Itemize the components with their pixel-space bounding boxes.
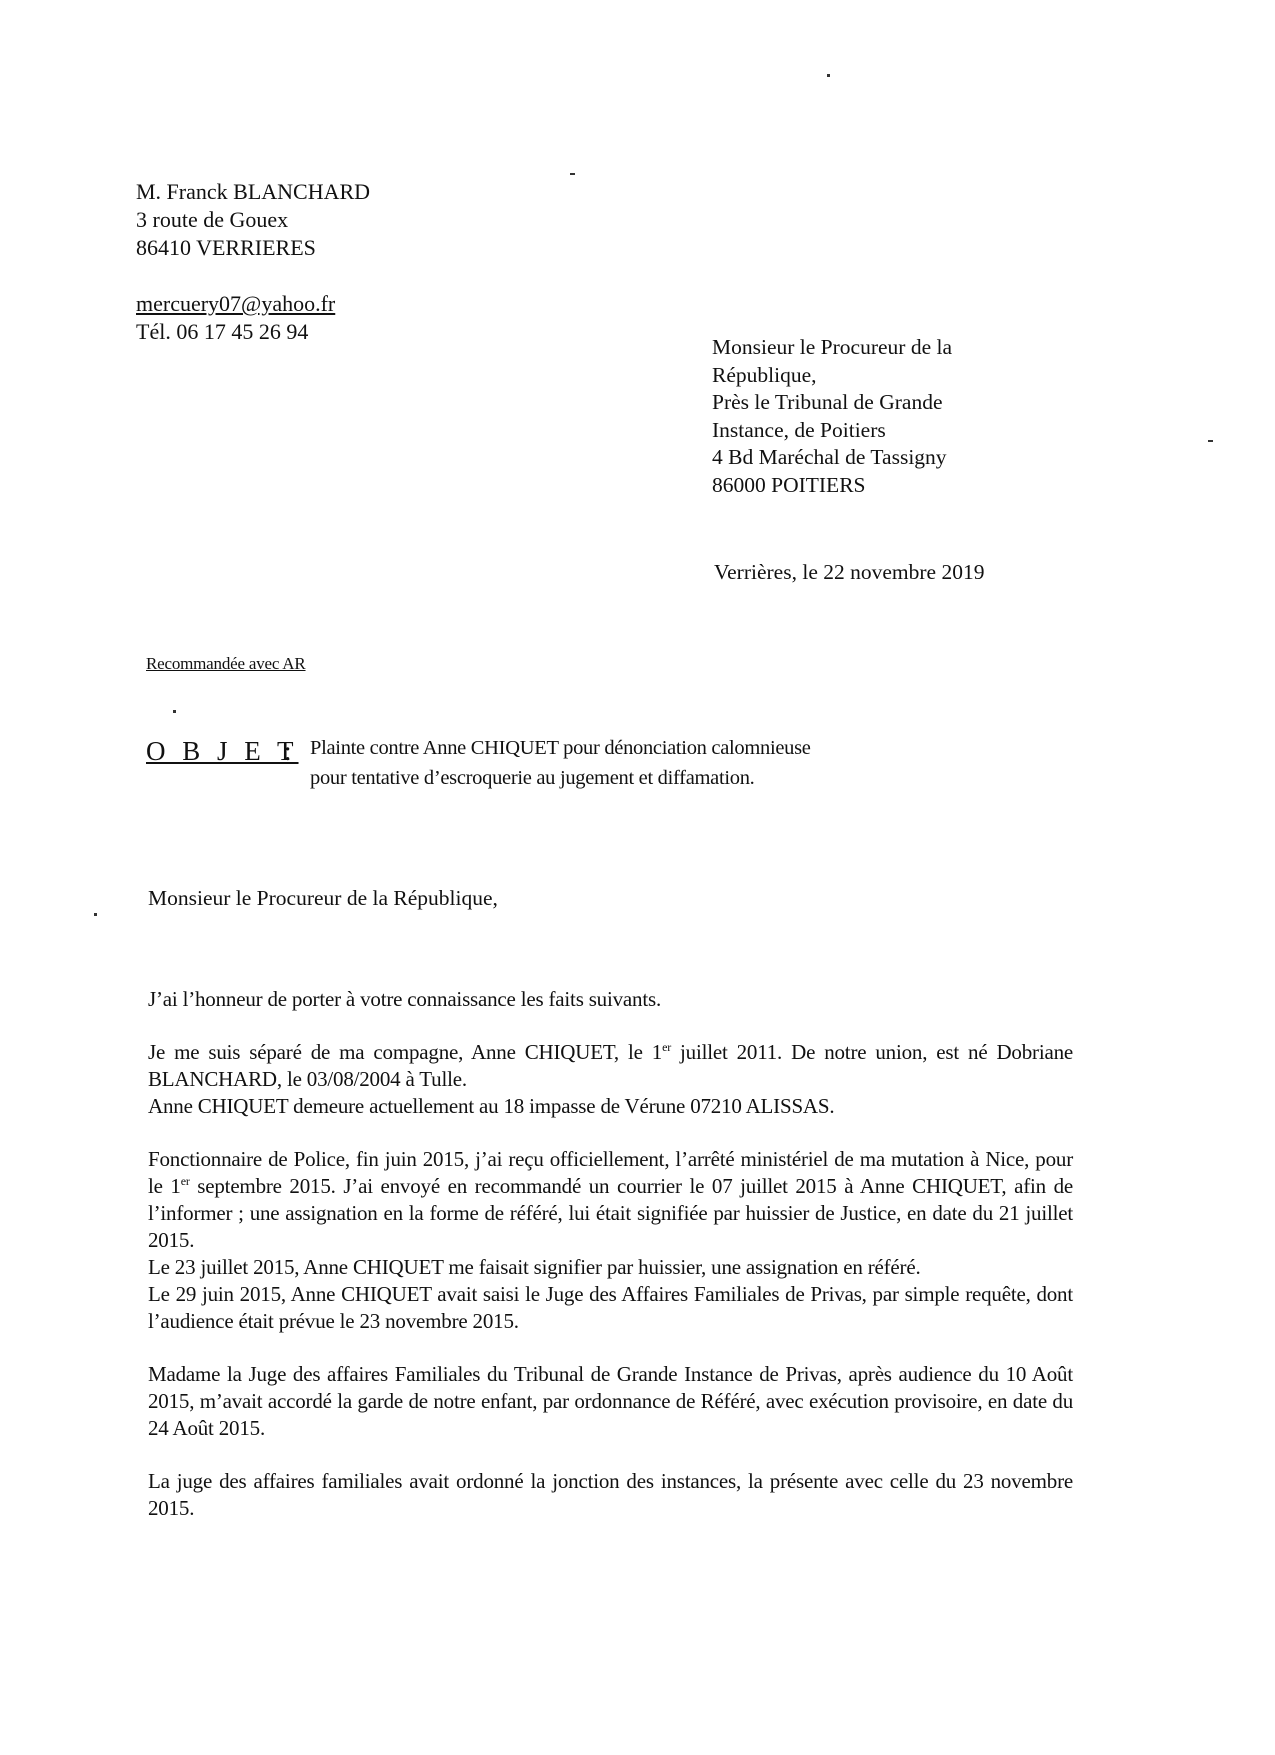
scan-speck bbox=[1208, 440, 1213, 442]
recipient-line: Monsieur le Procureur de la bbox=[712, 334, 952, 362]
paragraph-mutation: Fonctionnaire de Police, fin juin 2015, … bbox=[148, 1146, 1073, 1335]
superscript: er bbox=[181, 1174, 190, 1188]
letter-body: J’ai l’honneur de porter à votre connais… bbox=[148, 986, 1073, 1548]
subject-label: O B J E T bbox=[146, 736, 299, 767]
paragraph-separation: Je me suis séparé de ma compagne, Anne C… bbox=[148, 1039, 1073, 1120]
scan-speck bbox=[827, 74, 830, 77]
salutation: Monsieur le Procureur de la République, bbox=[148, 886, 498, 911]
superscript: er bbox=[662, 1040, 671, 1054]
paragraph-jonction: La juge des affaires familiales avait or… bbox=[148, 1468, 1073, 1522]
paragraph-text: Le 29 juin 2015, Anne CHIQUET avait sais… bbox=[148, 1281, 1073, 1335]
paragraph-text: Anne CHIQUET demeure actuellement au 18 … bbox=[148, 1093, 1073, 1120]
scan-speck bbox=[570, 173, 575, 175]
paragraph-text: Je me suis séparé de ma compagne, Anne C… bbox=[148, 1040, 662, 1064]
sender-city: 86410 VERRIERES bbox=[136, 234, 370, 262]
sender-block: M. Franck BLANCHARD 3 route de Gouex 864… bbox=[136, 178, 370, 346]
sender-street: 3 route de Gouex bbox=[136, 206, 370, 234]
recipient-line: République, bbox=[712, 362, 952, 390]
paragraph-text: Le 23 juillet 2015, Anne CHIQUET me fais… bbox=[148, 1254, 1073, 1281]
recipient-line: Instance, de Poitiers bbox=[712, 417, 952, 445]
paragraph-text: septembre 2015. J’ai envoyé en recommand… bbox=[148, 1174, 1073, 1252]
sender-phone: Tél. 06 17 45 26 94 bbox=[136, 318, 370, 346]
sender-email-link[interactable]: mercuery07@yahoo.fr bbox=[136, 290, 370, 318]
recipient-line: 4 Bd Maréchal de Tassigny bbox=[712, 444, 952, 472]
recipient-block: Monsieur le Procureur de la République, … bbox=[712, 334, 952, 499]
paragraph-ordonnance: Madame la Juge des affaires Familiales d… bbox=[148, 1361, 1073, 1442]
delivery-mode: Recommandée avec AR bbox=[146, 654, 306, 674]
subject-colon: : bbox=[284, 736, 292, 767]
subject-line-2: pour tentative d’escroquerie au jugement… bbox=[310, 763, 811, 793]
subject-line-1: Plainte contre Anne CHIQUET pour dénonci… bbox=[310, 733, 811, 763]
scan-speck bbox=[173, 710, 176, 713]
recipient-line: 86000 POITIERS bbox=[712, 472, 952, 500]
subject-text: Plainte contre Anne CHIQUET pour dénonci… bbox=[310, 733, 811, 793]
scan-speck bbox=[94, 913, 97, 916]
recipient-line: Près le Tribunal de Grande bbox=[712, 389, 952, 417]
date-line: Verrières, le 22 novembre 2019 bbox=[714, 560, 984, 585]
sender-name: M. Franck BLANCHARD bbox=[136, 178, 370, 206]
paragraph-intro: J’ai l’honneur de porter à votre connais… bbox=[148, 986, 1073, 1013]
